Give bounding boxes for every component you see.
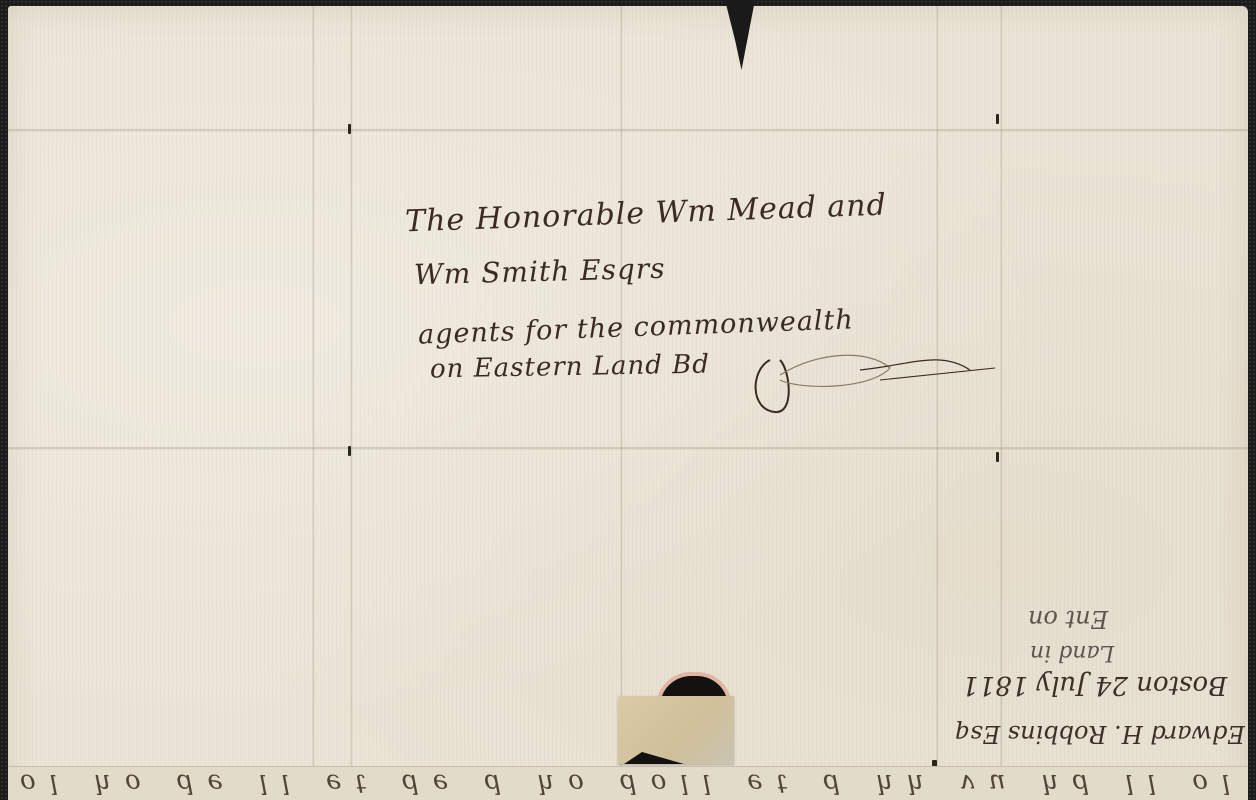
docket-line-2: Land in — [1030, 640, 1114, 665]
signature-flourish-icon — [740, 340, 1000, 420]
fold-hole-mark — [996, 452, 999, 462]
fold-line-horizontal — [8, 446, 1248, 450]
fold-hole-mark — [348, 446, 351, 456]
fold-line-vertical — [312, 6, 315, 800]
fold-hole-mark — [348, 124, 351, 134]
bottom-bleed-through-text: ol ho de ll et de d ho doll et d hh vu h… — [20, 768, 1256, 798]
wax-seal — [618, 668, 734, 766]
seal-paper-patch — [618, 696, 734, 764]
docket-line-3: Boston 24 July 1811 — [962, 670, 1227, 700]
docket-line-1: Ent on — [1028, 605, 1108, 633]
docket-line-4: Edward H. Robbins Esq — [955, 720, 1245, 748]
address-line-2: Wm Smith Esqrs — [414, 252, 666, 292]
address-line-4: on Eastern Land Bd — [430, 350, 710, 385]
fold-line-horizontal — [8, 128, 1248, 132]
fold-hole-mark — [996, 114, 999, 124]
